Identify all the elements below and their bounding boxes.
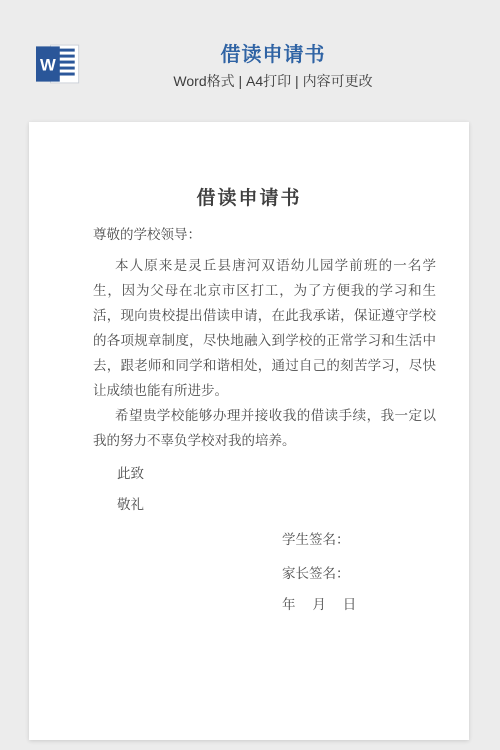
body-paragraph-2: 希望贵学校能够办理并接收我的借读手续，我一定以我的努力不辜负学校对我的培养。 [93,403,436,453]
svg-text:W: W [40,56,56,75]
header-subtitle: Word格式 | A4打印 | 内容可更改 [46,73,500,89]
student-signature-label: 学生签名： [282,527,436,552]
body-paragraph-1: 本人原来是灵丘县唐河双语幼儿园学前班的一名学生，因为父母在北京市区打工，为了方便… [93,253,436,403]
header-title: 借读申请书 [46,44,500,66]
date-line: 年 月 日 [282,592,436,617]
document-title: 借读申请书 [29,188,469,210]
closing-jingli: 敬礼 [93,492,436,517]
header: W 借读申请书 Word格式 | A4打印 | 内容可更改 [0,0,500,122]
word-logo-icon: W [36,43,80,85]
salutation-line: 尊敬的学校领导： [93,222,436,247]
word-logo-svg: W [36,43,80,85]
template-preview-screen: { "header": { "icon": "word-logo-icon", … [0,0,500,750]
closing-cizhi: 此致 [93,461,436,486]
signature-block: 学生签名： 家长签名： 年 月 日 [282,527,436,617]
document-page: 借读申请书 尊敬的学校领导： 本人原来是灵丘县唐河双语幼儿园学前班的一名学生，因… [29,122,469,740]
parent-signature-label: 家长签名： [282,561,436,586]
